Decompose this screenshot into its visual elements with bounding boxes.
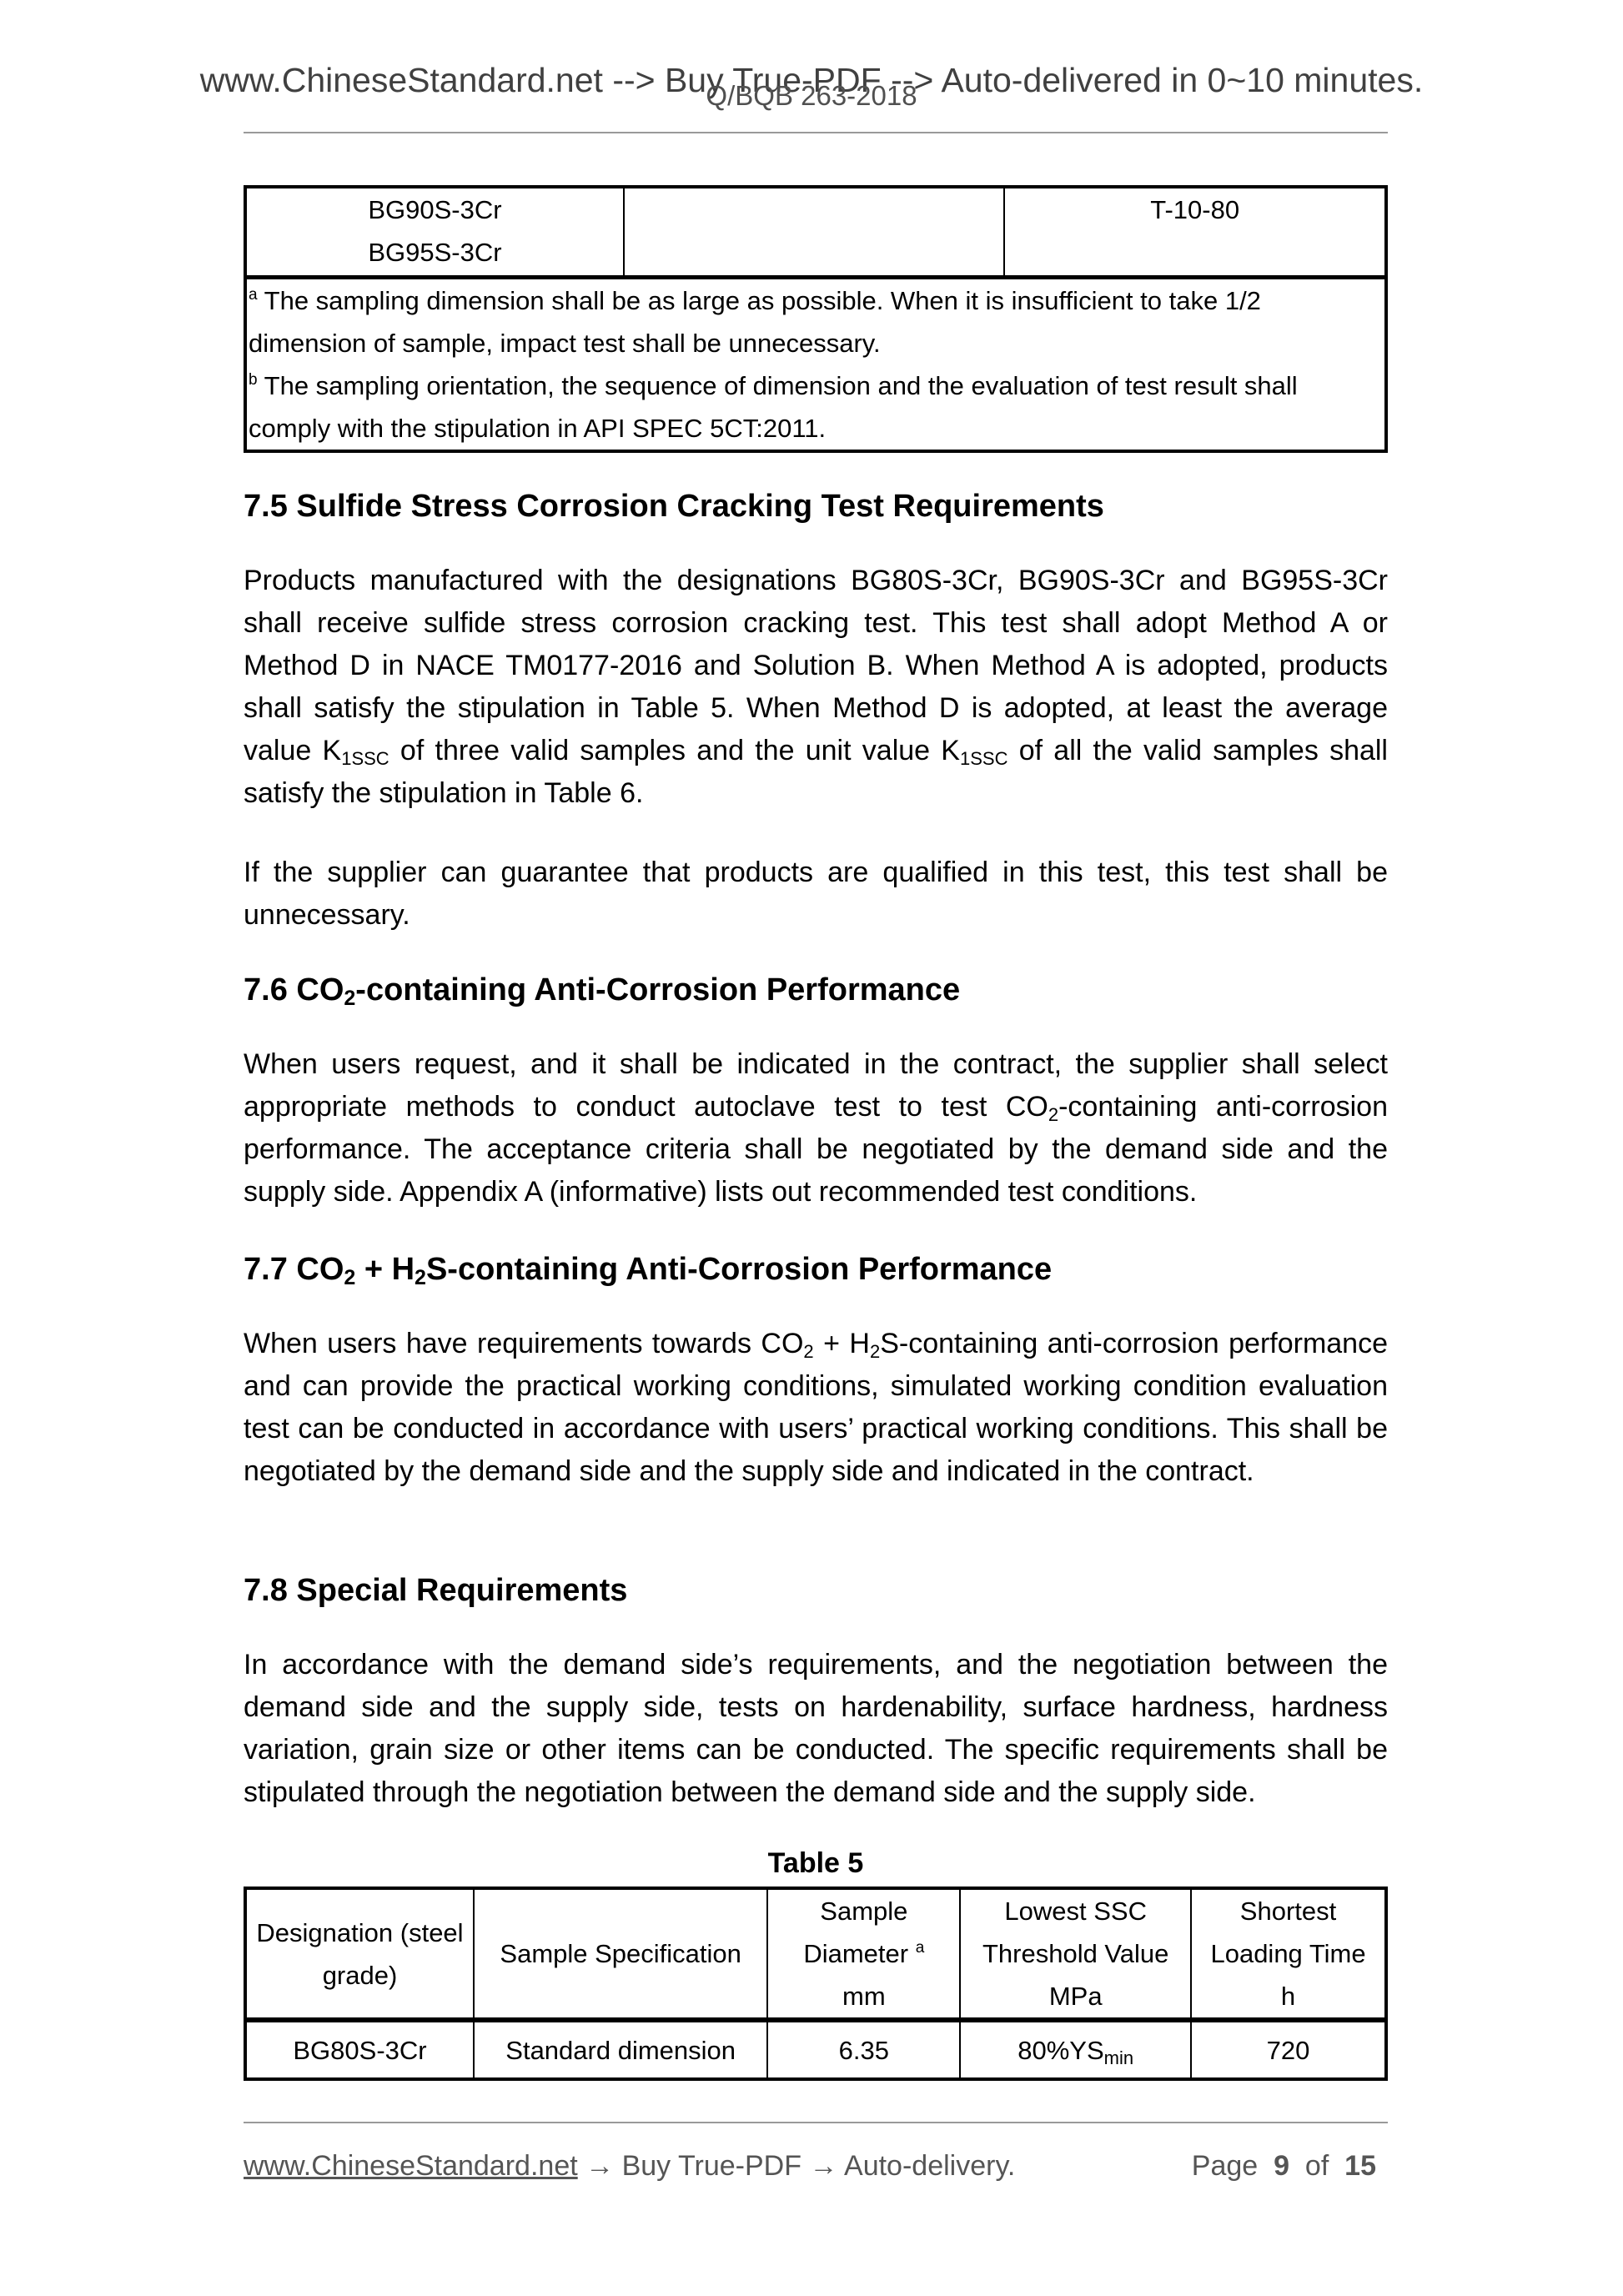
test-temp-cell: T-10-80 — [1004, 187, 1386, 278]
section-7-5-paragraph-2: If the supplier can guarantee that produ… — [244, 852, 1388, 937]
table-header-row: Designation (steel grade) Sample Specifi… — [245, 1888, 1386, 2020]
section-heading-7-7: 7.7 CO2 + H2S-containing Anti-Corrosion … — [244, 1254, 1052, 1285]
table-row: BG90S-3Cr BG95S-3Cr T-10-80 — [245, 187, 1386, 278]
table-notes-row: a The sampling dimension shall be as lar… — [245, 278, 1386, 452]
section-7-7-paragraph: When users have requirements towards CO2… — [244, 1323, 1388, 1493]
page-current: 9 — [1274, 2150, 1289, 2182]
document-code: Q/BQB 263-2018 — [0, 82, 1623, 109]
header-divider — [244, 132, 1388, 133]
cell-diameter: 6.35 — [767, 2020, 960, 2079]
page-total: 15 — [1344, 2150, 1376, 2182]
section-heading-7-6: 7.6 CO2-containing Anti-Corrosion Perfor… — [244, 974, 960, 1006]
table-notes: a The sampling dimension shall be as lar… — [245, 278, 1386, 452]
section-heading-7-5: 7.5 Sulfide Stress Corrosion Cracking Te… — [244, 490, 1104, 522]
footer-divider — [244, 2122, 1388, 2123]
section-7-5-paragraph-1: Products manufactured with the designati… — [244, 560, 1388, 815]
section-7-6-paragraph: When users request, and it shall be indi… — [244, 1043, 1388, 1213]
page-footer: www.ChineseStandard.net → Buy True-PDF →… — [244, 2150, 1388, 2183]
header-threshold: Lowest SSC Threshold Value MPa — [960, 1888, 1191, 2020]
table-5: Designation (steel grade) Sample Specifi… — [244, 1887, 1388, 2081]
cell-designation: BG80S-3Cr — [245, 2020, 474, 2079]
page-indicator: Page 9 of 15 — [1192, 2150, 1376, 2183]
site-link[interactable]: www.ChineseStandard.net — [244, 2150, 578, 2182]
continuation-table: BG90S-3Cr BG95S-3Cr T-10-80 a The sampli… — [244, 185, 1388, 453]
empty-cell — [624, 187, 1004, 278]
section-7-8-paragraph: In accordance with the demand side’s req… — [244, 1644, 1388, 1814]
arrow-icon: → — [585, 2150, 614, 2182]
header-specification: Sample Specification — [474, 1888, 767, 2020]
cell-threshold: 80%YSmin — [960, 2020, 1191, 2079]
arrow-icon: → — [809, 2150, 837, 2182]
designation-text: BG90S-3Cr — [247, 188, 623, 231]
designation-text: BG95S-3Cr — [247, 231, 623, 274]
table-row: BG80S-3Cr Standard dimension 6.35 80%YSm… — [245, 2020, 1386, 2079]
footer-delivery-text: Auto-delivery. — [844, 2150, 1015, 2182]
table-note-a: a The sampling dimension shall be as lar… — [249, 279, 1383, 364]
section-heading-7-8: 7.8 Special Requirements — [244, 1575, 627, 1606]
header-loading-time: Shortest Loading Time h — [1191, 1888, 1386, 2020]
designation-cell: BG90S-3Cr BG95S-3Cr — [245, 187, 624, 278]
footer-buy-text: Buy True-PDF — [622, 2150, 801, 2182]
cell-specification: Standard dimension — [474, 2020, 767, 2079]
table-5-caption: Table 5 — [244, 1847, 1388, 1880]
cell-loading-time: 720 — [1191, 2020, 1386, 2079]
table-note-b: b The sampling orientation, the sequence… — [249, 364, 1383, 450]
header-designation: Designation (steel grade) — [245, 1888, 474, 2020]
header-diameter: Sample Diameter a mm — [767, 1888, 960, 2020]
